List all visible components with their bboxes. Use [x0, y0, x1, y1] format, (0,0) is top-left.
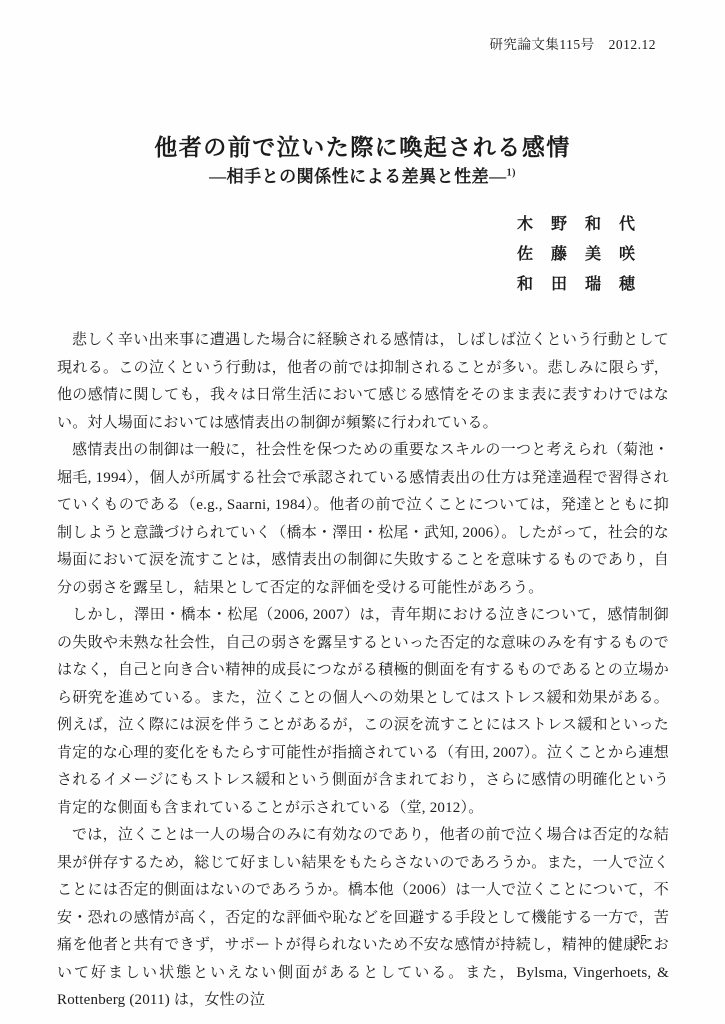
paper-title: 他者の前で泣いた際に喚起される感情	[0, 129, 725, 162]
paragraph-4: では，泣くことは一人の場合のみに有効なのであり，他者の前で泣く場合は否定的な結果…	[57, 822, 669, 1015]
author-block: 木 野 和 代 佐 藤 美 咲 和 田 瑞 穂	[517, 210, 636, 300]
article-body: 悲しく辛い出来事に遭遇した場合に経験される感情は，しばしば泣くという行動として現…	[57, 327, 669, 1015]
subtitle-text: ―相手との関係性による差異と性差―	[209, 167, 507, 186]
author-name-1: 木 野 和 代	[517, 210, 636, 240]
journal-issue-header: 研究論文集115号 2012.12	[489, 33, 656, 53]
paper-page: 研究論文集115号 2012.12 他者の前で泣いた際に喚起される感情 ―相手と…	[0, 0, 725, 1024]
paragraph-1: 悲しく辛い出来事に遭遇した場合に経験される感情は，しばしば泣くという行動として現…	[57, 327, 669, 437]
paragraph-3: しかし，澤田・橋本・松尾（2006, 2007）は，青年期における泣きについて，…	[57, 602, 669, 822]
page-number: 35	[634, 932, 648, 948]
footnote-marker: 1)	[507, 167, 516, 178]
author-name-3: 和 田 瑞 穂	[517, 270, 636, 300]
paragraph-2: 感情表出の制御は一般に，社会性を保つための重要なスキルの一つと考えられ（菊池・堀…	[57, 437, 669, 602]
author-name-2: 佐 藤 美 咲	[517, 240, 636, 270]
paper-subtitle: ―相手との関係性による差異と性差―1)	[0, 162, 725, 187]
